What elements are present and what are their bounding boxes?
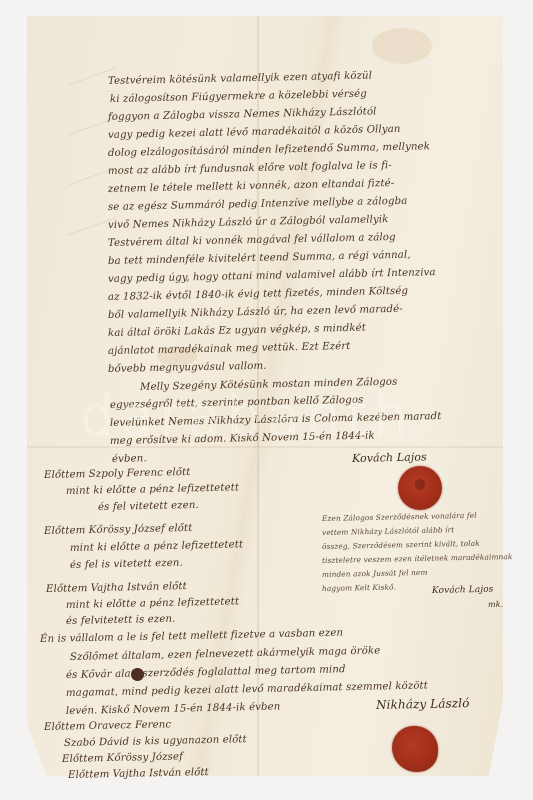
margin-note-signature-suffix: mk. — [488, 600, 503, 609]
signature-kovach: Kovách Lajos — [352, 450, 427, 465]
witness-line: és felvitetett is ezen. — [66, 614, 176, 627]
margin-note-line: hagyom Kelt Kiskő. — [322, 582, 396, 593]
wax-seal — [398, 466, 442, 510]
watermark: darabanth — [80, 385, 414, 448]
signature-nikhazy: Nikházy László — [376, 696, 470, 712]
wax-seal — [392, 726, 438, 772]
seal-emblem — [415, 479, 426, 490]
witness-line: és fel is vitetett ezen. — [70, 558, 183, 571]
witness-line: Előttem Vajtha István előtt — [68, 767, 209, 781]
ink-blot — [131, 668, 144, 681]
witness-line: és fel vitetett ezen. — [98, 500, 199, 513]
margin-note-signature: Kovách Lajos — [432, 585, 494, 596]
body-line: évben. — [112, 453, 147, 465]
age-stain — [372, 28, 432, 64]
